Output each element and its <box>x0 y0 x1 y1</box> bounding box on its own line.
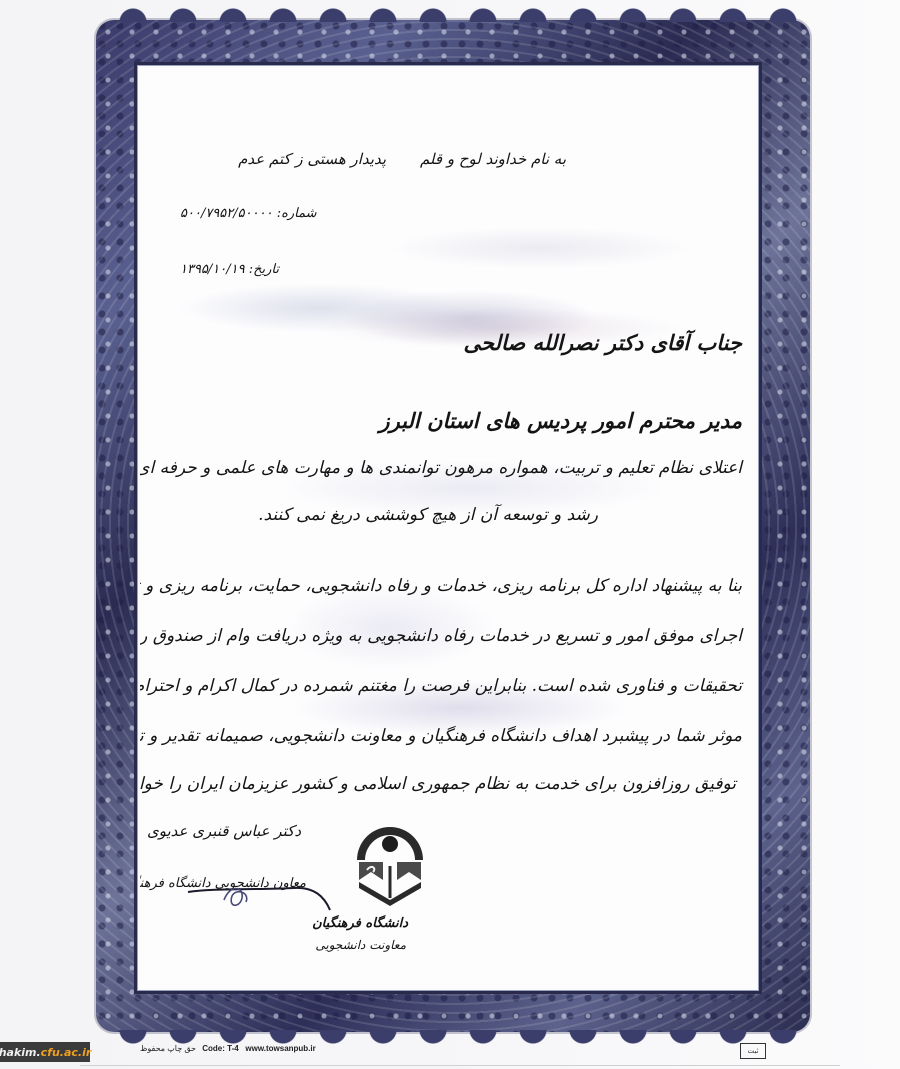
body-line: توفیق روزافزون برای خدمت به نظام جمهوری … <box>140 774 736 794</box>
farhangian-university-logo-icon <box>345 810 435 906</box>
recipient-title: مدیر محترم امور پردیس های استان البرز <box>379 408 742 433</box>
border-scallop-bottom <box>108 1030 798 1044</box>
border-scallop-top <box>108 8 798 22</box>
body-line: بنا به پیشنهاد اداره کل برنامه ریزی، خدم… <box>140 576 742 596</box>
logo-university-name: دانشگاه فرهنگیان <box>312 916 408 931</box>
scan-edge-line <box>80 1065 840 1066</box>
recipient-name: جناب آقای دکتر نصرالله صالحی <box>464 330 743 355</box>
intro-line: رشد و توسعه آن از هیچ کوششی دریغ نمی کنن… <box>258 505 598 525</box>
intro-line: اعتلای نظام تعلیم و تربیت، همواره مرهون … <box>140 458 742 478</box>
site-watermark-badge[interactable]: hakim.cfu.ac.ir <box>0 1042 90 1062</box>
reference-date: تاریخ: ۱۳۹۵/۱۰/۱۹ <box>180 262 279 277</box>
handwritten-signature <box>184 866 332 914</box>
signatory-name: دکتر عباس قنبری عدیوی <box>147 822 301 840</box>
header-verse: پدیدار هستی ز کتم عدم <box>238 150 386 168</box>
logo-department-name: معاونت دانشجویی <box>315 938 406 952</box>
printer-code: Code: T-4 <box>202 1044 238 1053</box>
printer-website: www.towsanpub.ir <box>245 1044 315 1053</box>
body-line: اجرای موفق امور و تسریع در خدمات رفاه دا… <box>140 626 742 646</box>
registration-stamp-icon: ثبت <box>740 1043 766 1059</box>
badge-text-host: hakim. <box>0 1046 41 1059</box>
reference-number: شماره: ۵۰۰/۷۹۵۲/۵۰۰۰۰ <box>180 206 317 221</box>
certificate-body: به نام خداوند لوح و قلم پدیدار هستی ز کت… <box>140 68 756 988</box>
body-line: تحقیقات و فناوری شده است. بنابراین فرصت … <box>140 676 742 696</box>
invocation: به نام خداوند لوح و قلم <box>420 150 566 168</box>
printer-footer: حق چاپ محفوظ Code: T-4 www.towsanpub.ir <box>140 1044 316 1053</box>
printer-copyright: حق چاپ محفوظ <box>140 1044 196 1053</box>
badge-text-domain: cfu.ac.ir <box>41 1046 92 1059</box>
body-line: موثر شما در پیشبرد اهداف دانشگاه فرهنگیا… <box>140 726 742 746</box>
